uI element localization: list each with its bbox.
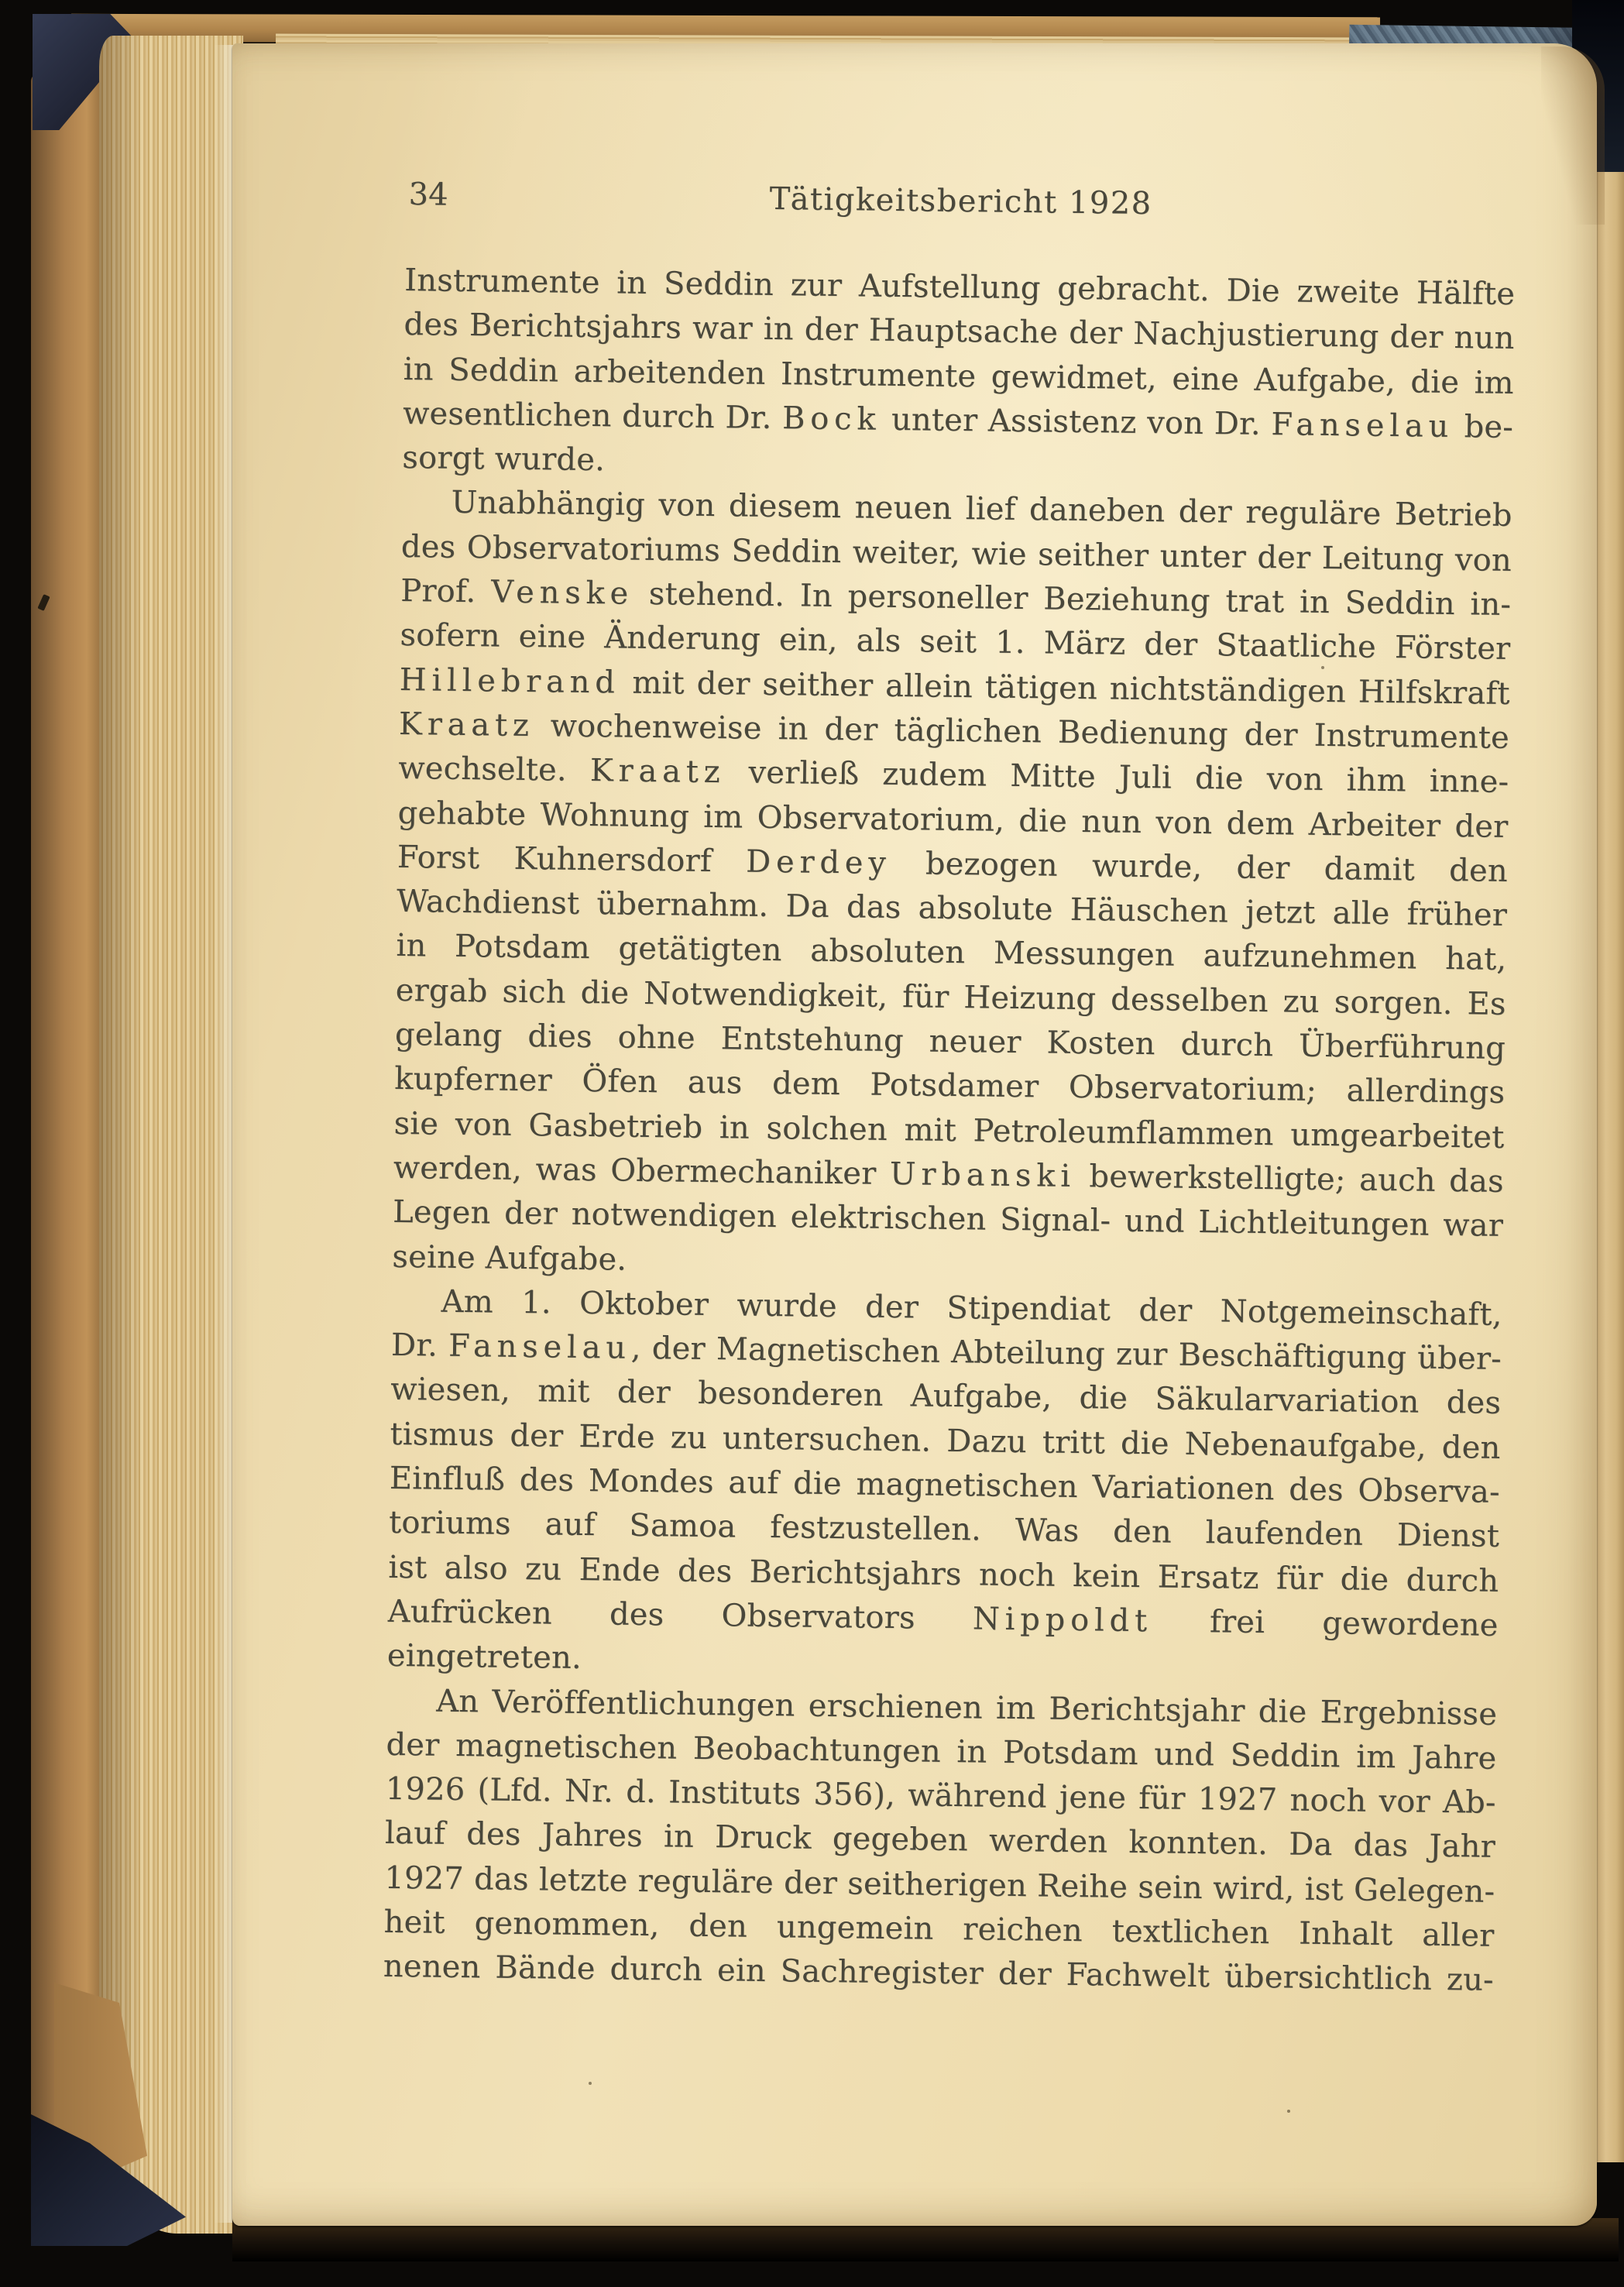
page-corner-fold [1541,46,1605,225]
letterspaced-name: Bock [782,400,881,438]
book-cover-left-board [31,74,105,2188]
paper-speck [589,2082,592,2085]
letterspaced-name: Derdey [746,843,891,881]
letterspaced-name: Kraatz [399,706,534,743]
letterspaced-name: Fanselau [1271,407,1454,445]
letterspaced-name: Hillebrand [400,662,620,701]
paper-speck [1287,2110,1290,2113]
letterspaced-name: Nippoldt [973,1601,1153,1639]
letterspaced-name: Kraatz [590,753,726,790]
scanned-book-page: 34 Tätigkeitsbericht 1928 Instrumente in… [0,0,1624,2287]
page-edge-right [1594,172,1624,2162]
text-block: Instrumente in Seddin zur Aufstellung ge… [383,259,1516,2003]
letterspaced-name: Venske [491,575,633,612]
letterspaced-name: Fanselau [448,1328,631,1366]
letterspaced-name: Urbanski [890,1156,1076,1194]
printed-content: 34 Tätigkeitsbericht 1928 Instrumente in… [383,175,1516,2003]
